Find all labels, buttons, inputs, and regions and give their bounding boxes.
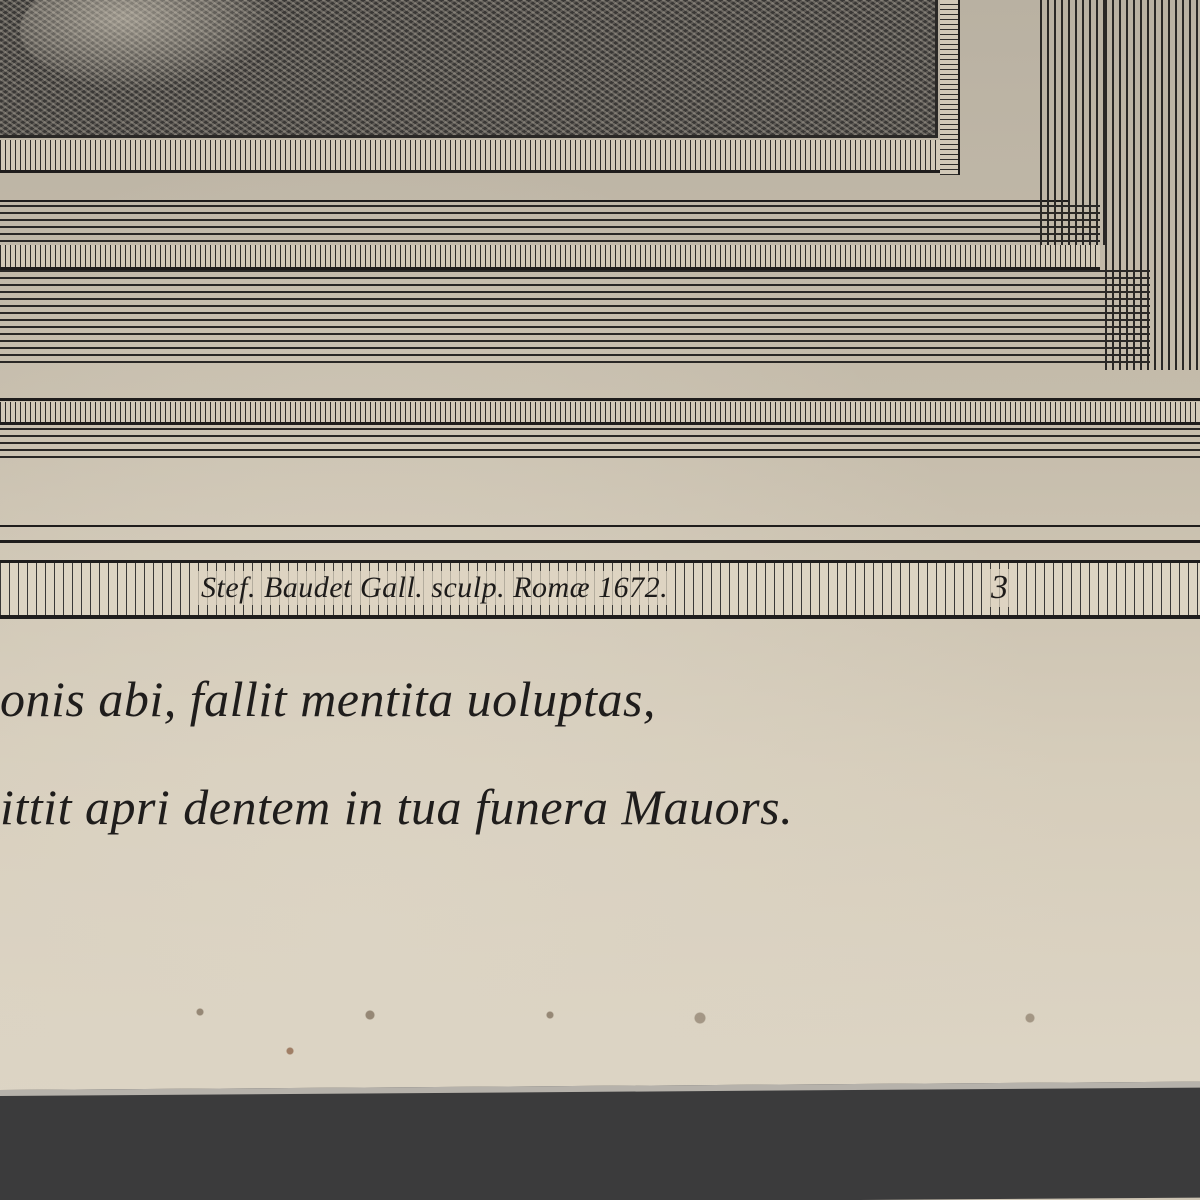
frame-ruled-lines — [0, 205, 1100, 243]
frame-ruled-lines-right — [1040, 0, 1110, 245]
frame-rule — [0, 200, 1070, 202]
foxing-stains — [150, 1000, 1150, 1060]
inner-hatched-border — [0, 140, 955, 173]
outer-ruled-lines-right — [1105, 0, 1200, 370]
engraved-picture-area — [0, 0, 938, 138]
frame-rule — [0, 540, 1200, 543]
inner-hatched-border-right — [940, 0, 960, 175]
plate-number: 3 — [985, 569, 1014, 607]
signature-band: Stef. Baudet Gall. sculp. Romæ 1672. 3 — [0, 560, 1200, 619]
verse-line-1: onis abi, fallit mentita uoluptas, — [0, 670, 656, 728]
lower-hatched-border — [0, 402, 1200, 425]
engraver-signature: Stef. Baudet Gall. sculp. Romæ 1672. — [195, 571, 674, 605]
engraved-flower-ornament — [20, 0, 280, 90]
verse-line-2: ittit apri dentem in tua funera Mauors. — [0, 778, 793, 836]
dark-mat-border — [0, 1082, 1200, 1200]
outer-ruled-lines — [0, 270, 1150, 365]
frame-rule — [0, 398, 1200, 401]
frame-rule — [0, 525, 1200, 527]
outer-hatched-border — [0, 245, 1100, 270]
engraving-paper: Stef. Baudet Gall. sculp. Romæ 1672. 3 o… — [0, 0, 1200, 1100]
lower-ruled-lines — [0, 428, 1200, 458]
